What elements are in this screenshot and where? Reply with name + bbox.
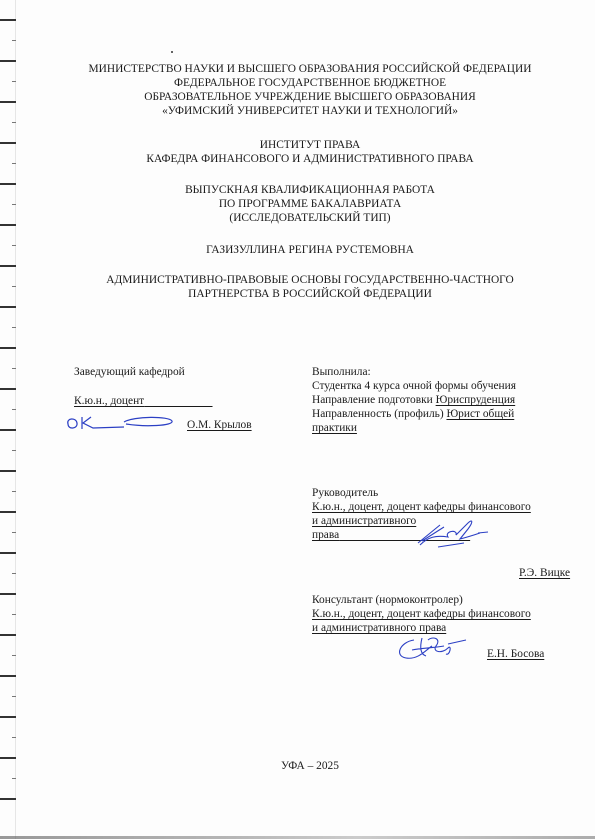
binding-tick xyxy=(12,286,16,287)
binding-tick xyxy=(12,163,16,164)
head-name-line: О.М. Крылов xyxy=(187,418,252,432)
supervisor-name: Р.Э. Вицке xyxy=(519,566,570,580)
binding-tick xyxy=(12,491,16,492)
thesis-title: АДМИНИСТРАТИВНО-ПРАВОВЫЕ ОСНОВЫ ГОСУДАРС… xyxy=(60,273,560,301)
signature-blank xyxy=(144,395,212,407)
binding-tick xyxy=(12,573,16,574)
head-name: О.М. Крылов xyxy=(187,418,252,432)
binding-tick xyxy=(12,696,16,697)
performer-direction: Направление подготовки Юриспруденция xyxy=(312,393,516,407)
work-type-block: ВЫПУСКНАЯ КВАЛИФИКАЦИОННАЯ РАБОТА ПО ПРО… xyxy=(60,183,560,225)
city-year-block: УФА – 2025 xyxy=(60,759,560,773)
binding-mark xyxy=(0,101,16,103)
performer-label: Выполнила: xyxy=(312,365,516,379)
speck xyxy=(171,51,173,53)
binding-mark xyxy=(0,634,16,636)
performer-profile: Направленность (профиль) Юрист общей xyxy=(312,407,516,421)
direction-value: Юриспруденция xyxy=(436,394,516,406)
binding-mark xyxy=(0,19,16,21)
institute-name: ИНСТИТУТ ПРАВА xyxy=(60,138,560,152)
consultant-block: Консультант (нормоконтролер) К.ю.н., доц… xyxy=(312,593,531,635)
binding-tick xyxy=(12,778,16,779)
supervisor-signature xyxy=(408,515,498,551)
institute-block: ИНСТИТУТ ПРАВА КАФЕДРА ФИНАНСОВОГО И АДМ… xyxy=(60,138,560,166)
binding-tick xyxy=(12,81,16,82)
binding-mark xyxy=(0,347,16,349)
binding-mark xyxy=(0,757,16,759)
profile-label: Направленность (профиль) xyxy=(312,408,446,420)
supervisor-label: Руководитель xyxy=(312,486,531,500)
head-degree: К.ю.н., доцент xyxy=(74,395,144,407)
document-page: МИНИСТЕРСТВО НАУКИ И ВЫСШЕГО ОБРАЗОВАНИЯ… xyxy=(0,0,595,839)
binding-tick xyxy=(12,204,16,205)
binding-mark xyxy=(0,306,16,308)
title-line: АДМИНИСТРАТИВНО-ПРАВОВЫЕ ОСНОВЫ ГОСУДАРС… xyxy=(60,273,560,287)
binding-tick xyxy=(12,245,16,246)
work-type-line: ВЫПУСКНАЯ КВАЛИФИКАЦИОННАЯ РАБОТА xyxy=(60,183,560,197)
work-type-line: ПО ПРОГРАММЕ БАКАЛАВРИАТА xyxy=(60,197,560,211)
binding-mark xyxy=(0,183,16,185)
header-line: ФЕДЕРАЛЬНОЕ ГОСУДАРСТВЕННОЕ БЮДЖЕТНОЕ xyxy=(60,76,560,90)
binding-mark xyxy=(0,511,16,513)
head-of-department-block: Заведующий кафедрой К.ю.н., доцент xyxy=(74,365,213,408)
department-name: КАФЕДРА ФИНАНСОВОГО И АДМИНИСТРАТИВНОГО … xyxy=(60,152,560,166)
author-block: ГАЗИЗУЛЛИНА РЕГИНА РУСТЕМОВНА xyxy=(60,243,560,257)
binding-tick xyxy=(12,450,16,451)
consultant-name-line: Е.Н. Босова xyxy=(487,647,544,661)
binding-margin xyxy=(0,0,20,839)
ministry-header: МИНИСТЕРСТВО НАУКИ И ВЫСШЕГО ОБРАЗОВАНИЯ… xyxy=(60,62,560,118)
consultant-name: Е.Н. Босова xyxy=(487,647,544,661)
supervisor-name-line: Р.Э. Вицке xyxy=(519,566,570,580)
binding-tick xyxy=(12,737,16,738)
head-degree-line: К.ю.н., доцент xyxy=(74,394,213,408)
head-label: Заведующий кафедрой xyxy=(74,365,213,379)
binding-mark xyxy=(0,429,16,431)
supervisor-position-law: права xyxy=(312,529,339,541)
consultant-position: К.ю.н., доцент, доцент кафедры финансово… xyxy=(312,607,531,621)
consultant-signature xyxy=(392,632,472,664)
header-line: МИНИСТЕРСТВО НАУКИ И ВЫСШЕГО ОБРАЗОВАНИЯ… xyxy=(60,62,560,76)
binding-edge xyxy=(15,0,16,839)
profile-value: Юрист общей xyxy=(446,408,514,420)
binding-tick xyxy=(12,614,16,615)
binding-tick xyxy=(12,655,16,656)
binding-mark xyxy=(0,388,16,390)
direction-label: Направление подготовки xyxy=(312,394,436,406)
head-signature xyxy=(64,412,184,434)
author-name: ГАЗИЗУЛЛИНА РЕГИНА РУСТЕМОВНА xyxy=(60,243,560,257)
header-line: «УФИМСКИЙ УНИВЕРСИТЕТ НАУКИ И ТЕХНОЛОГИЙ… xyxy=(60,104,560,118)
performer-course: Студентка 4 курса очной формы обучения xyxy=(312,379,516,393)
binding-mark xyxy=(0,716,16,718)
binding-mark xyxy=(0,470,16,472)
binding-mark xyxy=(0,798,16,800)
binding-mark xyxy=(0,675,16,677)
binding-tick xyxy=(12,409,16,410)
binding-mark xyxy=(0,593,16,595)
binding-tick xyxy=(12,368,16,369)
binding-tick xyxy=(12,122,16,123)
title-line: ПАРТНЕРСТВА В РОССИЙСКОЙ ФЕДЕРАЦИИ xyxy=(60,287,560,301)
binding-tick xyxy=(12,327,16,328)
city-year: УФА – 2025 xyxy=(60,759,560,773)
binding-tick xyxy=(12,40,16,41)
consultant-label: Консультант (нормоконтролер) xyxy=(312,593,531,607)
supervisor-position: К.ю.н., доцент, доцент кафедры финансово… xyxy=(312,500,531,514)
profile-value-cont: практики xyxy=(312,421,516,435)
work-type-line: (ИССЛЕДОВАТЕЛЬСКИЙ ТИП) xyxy=(60,211,560,225)
binding-tick xyxy=(12,532,16,533)
binding-mark xyxy=(0,552,16,554)
binding-mark xyxy=(0,224,16,226)
binding-mark xyxy=(0,142,16,144)
performer-block: Выполнила: Студентка 4 курса очной формы… xyxy=(312,365,516,435)
binding-mark xyxy=(0,265,16,267)
binding-mark xyxy=(0,60,16,62)
header-line: ОБРАЗОВАТЕЛЬНОЕ УЧРЕЖДЕНИЕ ВЫСШЕГО ОБРАЗ… xyxy=(60,90,560,104)
